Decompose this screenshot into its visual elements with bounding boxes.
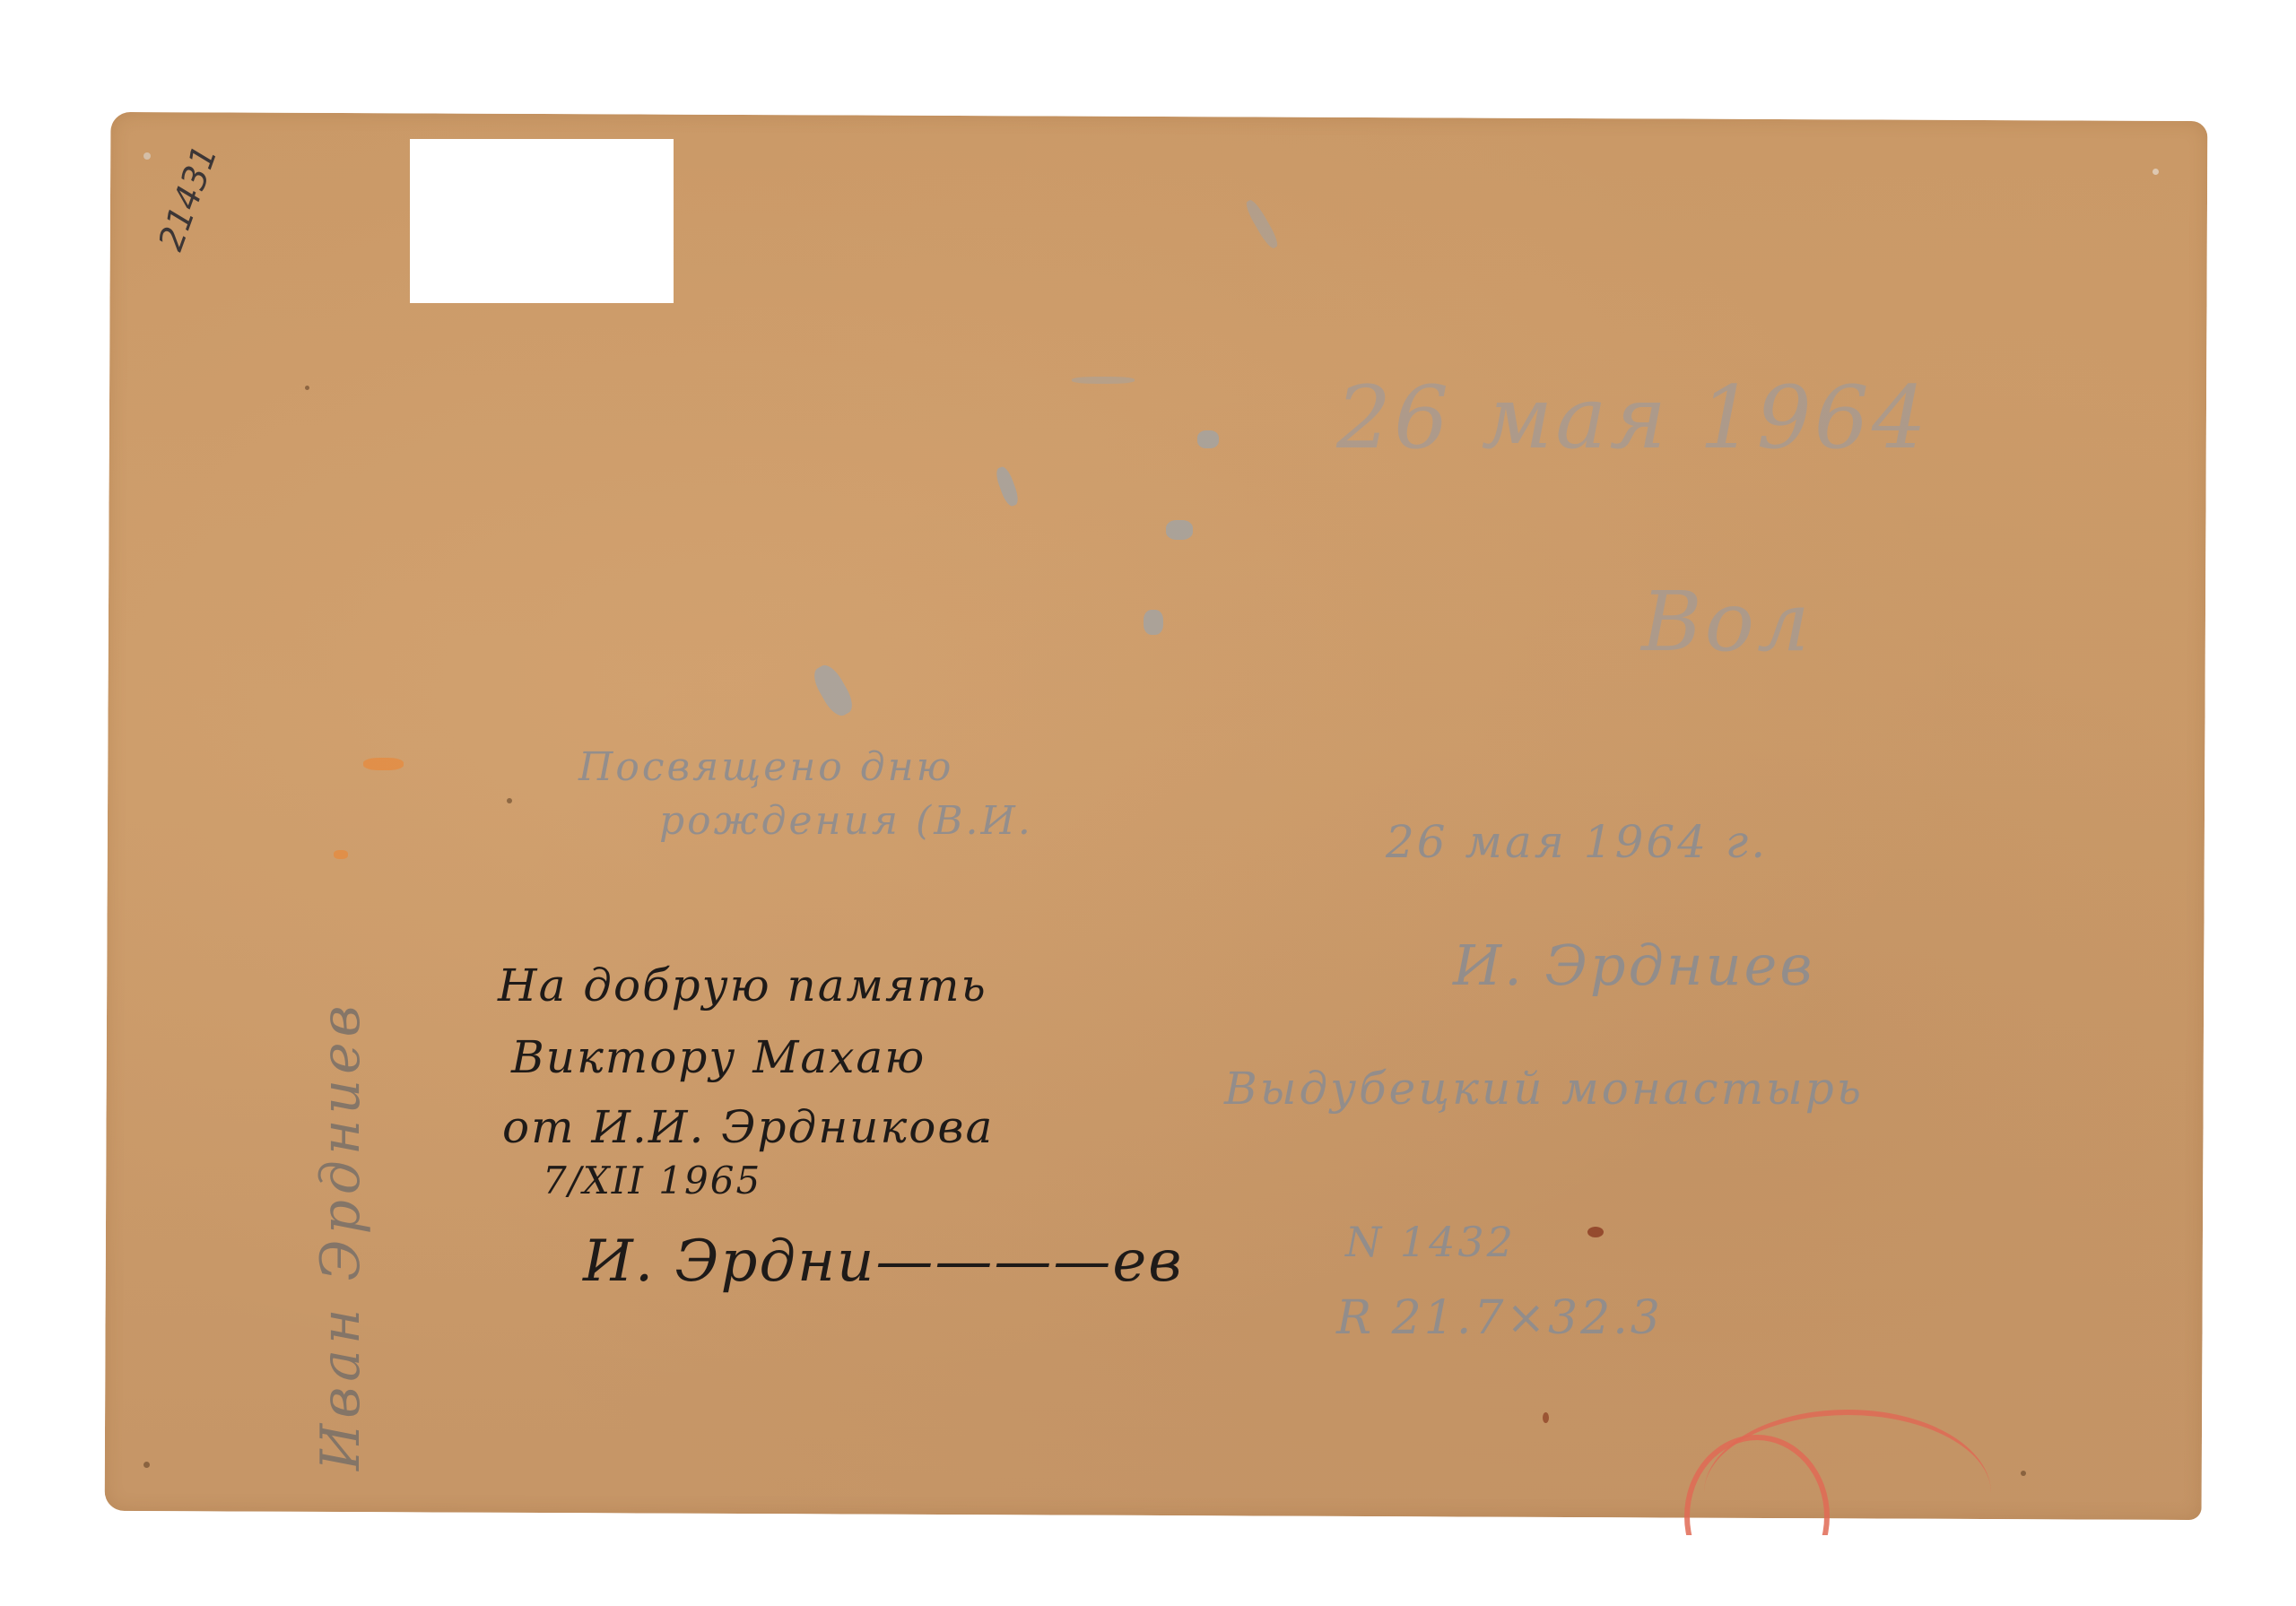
paint-mark <box>1072 377 1135 384</box>
speck <box>2021 1471 2026 1476</box>
ink-inscription-line2: Виктору Махаю <box>511 1031 926 1083</box>
ink-inscription-date: 7/XII 1965 <box>543 1159 761 1202</box>
speck <box>1543 1412 1549 1423</box>
paint-mark <box>1144 610 1163 635</box>
pencil-date: 26 мая 1964 г. <box>1386 816 1768 868</box>
artwork-back: 21431 26 мая 1964 Вол Посвящено дню рожд… <box>0 0 2296 1606</box>
red-crayon-mark <box>1704 1410 1991 1576</box>
redacted-label <box>410 139 674 303</box>
paint-mark <box>1197 430 1219 448</box>
vertical-artist-name: Иван Эрдниев <box>309 1000 372 1471</box>
inventory-number: N 1432 <box>1345 1218 1516 1266</box>
hardboard-panel <box>105 112 2208 1520</box>
paint-mark <box>334 850 348 859</box>
pencil-dedication-line1: Посвящено дню <box>578 744 953 790</box>
paint-mark <box>363 758 404 770</box>
pencil-date-top: 26 мая 1964 <box>1336 368 1929 468</box>
ink-signature: И. Эрдни————ев <box>583 1228 1184 1295</box>
inventory-size: R 21.7×32.3 <box>1336 1291 1663 1345</box>
pencil-dedication-line2: рождения (В.И. <box>659 798 1033 844</box>
pencil-text-vol: Вол <box>1641 574 1813 670</box>
speck <box>1587 1227 1604 1237</box>
ink-inscription-line3: от И.И. Эрдникова <box>502 1101 994 1153</box>
speck <box>143 1462 150 1468</box>
pencil-signature: И. Эрдниев <box>1453 933 1814 998</box>
paint-mark <box>1166 520 1193 540</box>
speck <box>507 798 512 803</box>
pencil-title: Выдубецкий монастырь <box>1224 1063 1864 1115</box>
speck <box>143 152 151 160</box>
speck <box>305 386 309 390</box>
ink-inscription-line1: На добрую память <box>498 959 987 1011</box>
speck <box>2152 169 2159 175</box>
